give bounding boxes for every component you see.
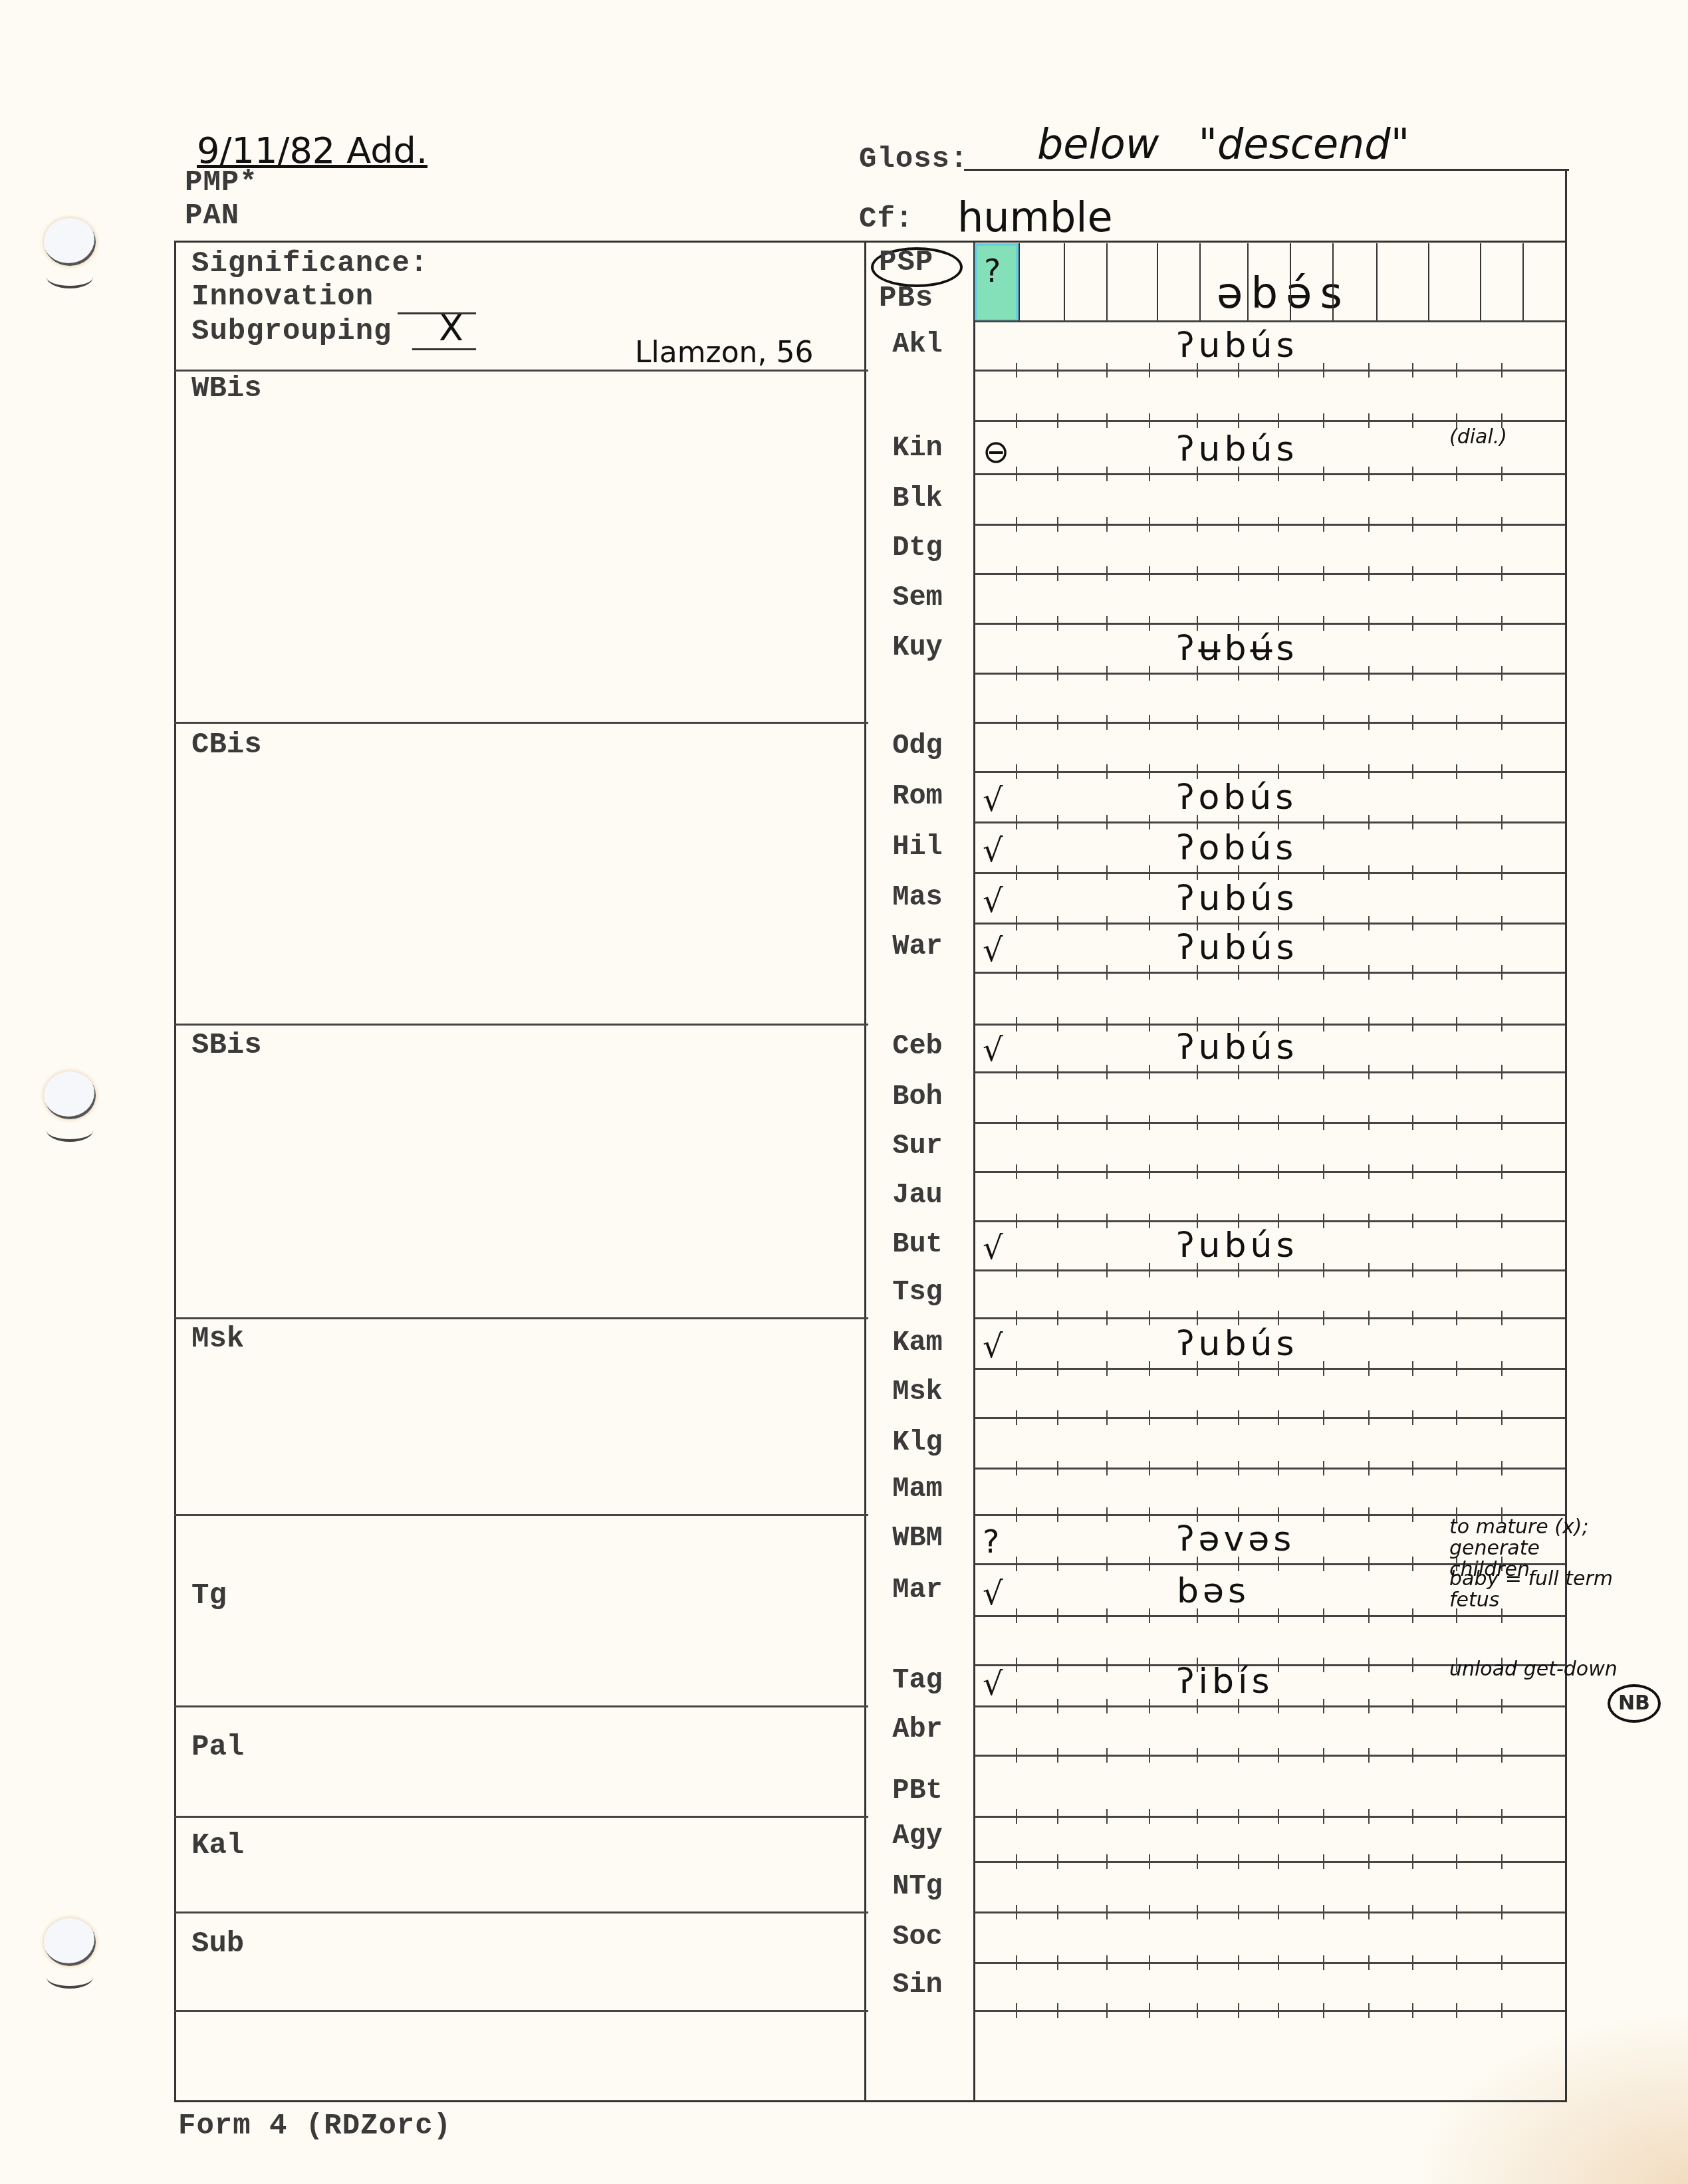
row-tick xyxy=(1016,1658,1017,1672)
row-tick xyxy=(1057,1115,1058,1130)
row-tick xyxy=(1106,1017,1108,1032)
cognate-mark: ⊖ xyxy=(983,433,1009,471)
row-tick xyxy=(1016,1311,1017,1325)
row-tick xyxy=(1412,715,1413,730)
row-tick xyxy=(1016,1854,1017,1869)
row-rule xyxy=(975,1024,1565,1026)
row-tick xyxy=(1057,815,1058,829)
divider xyxy=(174,1024,868,1026)
row-tick xyxy=(1278,764,1279,779)
row-tick xyxy=(1323,715,1324,730)
row-tick xyxy=(1106,566,1108,581)
language-note: unload get-down xyxy=(1449,1659,1622,1680)
row-tick xyxy=(1057,1461,1058,1475)
row-tick xyxy=(1456,965,1457,980)
row-tick xyxy=(1323,467,1324,481)
row-tick xyxy=(1106,1905,1108,1919)
row-tick xyxy=(1456,1699,1457,1713)
row-tick xyxy=(1106,865,1108,880)
reference-note: Llamzon, 56 xyxy=(635,336,813,370)
row-tick xyxy=(1456,1311,1457,1325)
row-tick xyxy=(1278,1905,1279,1919)
language-code: But xyxy=(864,1228,971,1260)
row-tick xyxy=(1501,1461,1503,1475)
row-tick xyxy=(1016,1748,1017,1763)
row-tick xyxy=(1016,413,1017,428)
row-rule xyxy=(975,1269,1565,1271)
row-tick xyxy=(1057,965,1058,980)
row-tick xyxy=(1323,916,1324,930)
language-form: ʔʉbʉ́s xyxy=(1177,629,1298,669)
row-tick xyxy=(1057,2003,1058,2018)
row-tick xyxy=(1149,1955,1150,1970)
row-tick xyxy=(1057,1361,1058,1376)
row-tick xyxy=(1368,1017,1370,1032)
row-tick xyxy=(1057,566,1058,581)
row-tick xyxy=(1456,1214,1457,1228)
row-tick xyxy=(1278,1658,1279,1672)
cognate-mark: √ xyxy=(983,782,1003,819)
row-tick xyxy=(1238,566,1239,581)
row-rule xyxy=(975,1962,1565,1964)
row-tick xyxy=(1501,815,1503,829)
row-tick xyxy=(1106,666,1108,681)
row-tick xyxy=(1149,616,1150,631)
row-tick xyxy=(1057,1164,1058,1179)
row-tick xyxy=(1106,1557,1108,1571)
divider xyxy=(174,1705,868,1707)
row-tick xyxy=(1501,467,1503,481)
row-tick xyxy=(1323,1311,1324,1325)
row-tick xyxy=(1149,666,1150,681)
row-tick xyxy=(1368,1658,1370,1672)
language-code: Abr xyxy=(864,1713,971,1745)
binder-hole-bottom xyxy=(44,1918,96,1966)
row-tick xyxy=(1016,1557,1017,1571)
row-tick xyxy=(1149,1164,1150,1179)
row-tick xyxy=(1501,1263,1503,1277)
cognate-mark: √ xyxy=(983,1666,1003,1703)
row-tick xyxy=(1456,363,1457,378)
row-tick xyxy=(1412,363,1413,378)
language-code: Akl xyxy=(864,328,971,360)
row-tick xyxy=(1323,764,1324,779)
row-tick xyxy=(1197,1115,1198,1130)
row-tick xyxy=(1412,413,1413,428)
row-tick xyxy=(1501,1699,1503,1713)
row-tick xyxy=(1057,616,1058,631)
language-form: ʔubús xyxy=(1177,1324,1298,1364)
language-form: ʔubús xyxy=(1177,928,1298,968)
form-right-border xyxy=(1565,241,1567,2102)
row-tick xyxy=(1412,517,1413,532)
row-tick xyxy=(1057,1311,1058,1325)
row-tick xyxy=(1501,363,1503,378)
row-tick xyxy=(1016,517,1017,532)
language-code: Sem xyxy=(864,582,971,613)
row-tick xyxy=(1412,1263,1413,1277)
row-tick xyxy=(1149,865,1150,880)
row-tick xyxy=(1323,566,1324,581)
row-tick xyxy=(1278,1955,1279,1970)
row-tick xyxy=(1106,2003,1108,2018)
row-tick xyxy=(1197,1809,1198,1824)
row-tick xyxy=(1368,1809,1370,1824)
row-rule xyxy=(975,623,1565,625)
row-tick xyxy=(1016,566,1017,581)
row-tick xyxy=(1149,1658,1150,1672)
row-tick xyxy=(1057,1507,1058,1522)
row-tick xyxy=(1106,1263,1108,1277)
language-code: Blk xyxy=(864,483,971,514)
cognate-mark: √ xyxy=(983,932,1003,969)
row-tick xyxy=(1456,566,1457,581)
row-tick xyxy=(1456,1017,1457,1032)
row-tick xyxy=(1412,566,1413,581)
row-tick xyxy=(1197,1748,1198,1763)
divider xyxy=(174,1911,868,1913)
paper-stain xyxy=(1409,2011,1688,2184)
cognate-mark: √ xyxy=(983,1575,1003,1612)
row-rule xyxy=(975,1755,1565,1757)
row-tick xyxy=(1323,1854,1324,1869)
row-tick xyxy=(1368,1955,1370,1970)
form-footer: Form 4 (RDZorc) xyxy=(178,2110,451,2143)
language-code: Soc xyxy=(864,1921,971,1953)
row-tick xyxy=(1016,1263,1017,1277)
row-tick xyxy=(1456,1361,1457,1376)
row-tick xyxy=(1106,916,1108,930)
row-tick xyxy=(1238,1461,1239,1475)
row-rule xyxy=(975,2010,1565,2012)
row-tick xyxy=(1412,1658,1413,1672)
row-tick xyxy=(1412,1361,1413,1376)
subgrouping-blank xyxy=(412,348,476,350)
row-tick xyxy=(1368,616,1370,631)
language-code: Mas xyxy=(864,881,971,913)
row-tick xyxy=(1278,1115,1279,1130)
row-tick xyxy=(1016,1065,1017,1079)
language-form: ʔubús xyxy=(1177,879,1298,919)
row-tick xyxy=(1057,467,1058,481)
proto-cell-divider xyxy=(1480,243,1481,322)
row-tick xyxy=(1412,1955,1413,1970)
row-tick xyxy=(1106,616,1108,631)
row-tick xyxy=(1368,467,1370,481)
row-tick xyxy=(1197,1410,1198,1425)
row-tick xyxy=(1456,1809,1457,1824)
row-tick xyxy=(1149,1115,1150,1130)
language-code: PBt xyxy=(864,1775,971,1806)
row-tick xyxy=(1238,1164,1239,1179)
row-rule xyxy=(975,923,1565,925)
row-tick xyxy=(1149,566,1150,581)
row-tick xyxy=(1368,1699,1370,1713)
row-tick xyxy=(1501,1115,1503,1130)
proto-cell-divider xyxy=(1428,243,1429,322)
row-tick xyxy=(1106,965,1108,980)
row-tick xyxy=(1106,715,1108,730)
row-tick xyxy=(1238,1809,1239,1824)
row-tick xyxy=(1016,1608,1017,1623)
row-tick xyxy=(1323,1955,1324,1970)
row-tick xyxy=(1057,1905,1058,1919)
form-bottom-border xyxy=(174,2100,1567,2102)
row-tick xyxy=(1323,865,1324,880)
row-tick xyxy=(1412,1748,1413,1763)
language-form: ʔubús xyxy=(1177,1226,1298,1265)
row-tick xyxy=(1016,616,1017,631)
row-tick xyxy=(1106,1410,1108,1425)
row-tick xyxy=(1412,1410,1413,1425)
row-tick xyxy=(1057,1017,1058,1032)
row-tick xyxy=(1501,865,1503,880)
proto-initial-cell: ? xyxy=(984,253,1001,290)
row-tick xyxy=(1149,1905,1150,1919)
row-tick xyxy=(1149,2003,1150,2018)
row-tick xyxy=(1057,1065,1058,1079)
row-tick xyxy=(1278,1809,1279,1824)
section-msk: Msk xyxy=(191,1323,244,1356)
row-tick xyxy=(1323,1017,1324,1032)
row-tick xyxy=(1412,467,1413,481)
row-tick xyxy=(1106,1854,1108,1869)
row-tick xyxy=(1149,1608,1150,1623)
row-tick xyxy=(1016,1361,1017,1376)
row-tick xyxy=(1238,1854,1239,1869)
row-tick xyxy=(1501,1164,1503,1179)
row-tick xyxy=(1106,1361,1108,1376)
row-tick xyxy=(1368,1748,1370,1763)
proto-cell-divider xyxy=(1522,243,1524,322)
language-code: Rom xyxy=(864,780,971,812)
row-tick xyxy=(1016,1017,1017,1032)
row-tick xyxy=(1106,1507,1108,1522)
section-pal: Pal xyxy=(191,1731,244,1764)
language-form: ʔobús xyxy=(1177,828,1297,868)
proto-cell-divider xyxy=(1064,243,1065,322)
row-tick xyxy=(1149,965,1150,980)
row-rule xyxy=(975,673,1565,675)
row-tick xyxy=(1501,916,1503,930)
language-code: Odg xyxy=(864,730,971,762)
row-tick xyxy=(1412,764,1413,779)
row-rule xyxy=(975,524,1565,526)
row-tick xyxy=(1412,815,1413,829)
row-tick xyxy=(1106,413,1108,428)
row-tick xyxy=(1106,1809,1108,1824)
row-tick xyxy=(1106,363,1108,378)
divider xyxy=(174,370,868,372)
row-tick xyxy=(1016,1461,1017,1475)
row-tick xyxy=(1238,1410,1239,1425)
row-tick xyxy=(1412,1699,1413,1713)
row-tick xyxy=(1501,566,1503,581)
language-code: WBM xyxy=(864,1522,971,1554)
row-tick xyxy=(1016,965,1017,980)
row-tick xyxy=(1106,1164,1108,1179)
row-tick xyxy=(1016,1699,1017,1713)
row-tick xyxy=(1368,1115,1370,1130)
row-tick xyxy=(1278,1410,1279,1425)
cognate-mark: ? xyxy=(983,1523,999,1561)
row-tick xyxy=(1197,2003,1198,2018)
header-right-border xyxy=(1565,169,1567,242)
row-tick xyxy=(1323,1748,1324,1763)
row-tick xyxy=(1106,1658,1108,1672)
language-code: Kin xyxy=(864,432,971,464)
row-tick xyxy=(1323,1361,1324,1376)
cognate-mark: √ xyxy=(983,1230,1003,1267)
row-tick xyxy=(1278,2003,1279,2018)
row-tick xyxy=(1456,1115,1457,1130)
row-tick xyxy=(1016,1905,1017,1919)
row-tick xyxy=(1368,1507,1370,1522)
cognate-mark: √ xyxy=(983,832,1003,869)
language-code: Boh xyxy=(864,1081,971,1113)
form-left-border xyxy=(174,241,176,2102)
row-tick xyxy=(1057,363,1058,378)
row-tick xyxy=(1368,1905,1370,1919)
row-tick xyxy=(1323,1410,1324,1425)
row-tick xyxy=(1501,1809,1503,1824)
row-tick xyxy=(1456,916,1457,930)
row-tick xyxy=(1238,517,1239,532)
row-rule xyxy=(975,722,1565,724)
row-tick xyxy=(1016,2003,1017,2018)
row-tick xyxy=(1323,1461,1324,1475)
row-tick xyxy=(1456,1955,1457,1970)
cognate-mark: √ xyxy=(983,1032,1003,1069)
language-form: ʔobús xyxy=(1177,778,1297,818)
row-rule xyxy=(975,1468,1565,1470)
row-tick xyxy=(1149,1017,1150,1032)
row-rule xyxy=(975,1317,1565,1319)
row-tick xyxy=(1323,815,1324,829)
row-tick xyxy=(1412,1557,1413,1571)
row-rule xyxy=(975,1220,1565,1222)
divider xyxy=(174,1816,868,1818)
row-tick xyxy=(1412,1017,1413,1032)
subgrouping-mark: X xyxy=(439,307,463,349)
row-tick xyxy=(1238,413,1239,428)
section-sbis: SBis xyxy=(191,1029,262,1062)
language-note: baby = full term fetus xyxy=(1449,1569,1622,1611)
row-tick xyxy=(1501,1361,1503,1376)
gloss-label: Gloss: xyxy=(859,143,968,176)
section-tg: Tg xyxy=(191,1579,227,1612)
language-code: Sur xyxy=(864,1130,971,1162)
row-tick xyxy=(1106,1214,1108,1228)
row-rule xyxy=(975,573,1565,575)
row-tick xyxy=(1149,1410,1150,1425)
row-tick xyxy=(1057,1699,1058,1713)
proto-cell-divider xyxy=(1290,243,1291,322)
row-rule xyxy=(975,473,1565,475)
row-rule xyxy=(975,420,1565,422)
row-tick xyxy=(1501,1748,1503,1763)
row-tick xyxy=(1106,1699,1108,1713)
innovation-blank xyxy=(398,312,476,314)
row-tick xyxy=(1149,363,1150,378)
row-tick xyxy=(1106,1115,1108,1130)
row-tick xyxy=(1412,1065,1413,1079)
row-tick xyxy=(1016,467,1017,481)
row-tick xyxy=(1278,566,1279,581)
row-tick xyxy=(1149,916,1150,930)
proto-label-pan: PAN xyxy=(185,199,239,233)
row-tick xyxy=(1501,1854,1503,1869)
language-code: Dtg xyxy=(864,532,971,564)
row-tick xyxy=(1057,1214,1058,1228)
language-form: ʔəvəs xyxy=(1177,1519,1295,1559)
row-tick xyxy=(1456,1410,1457,1425)
row-tick xyxy=(1501,666,1503,681)
row-tick xyxy=(1368,764,1370,779)
row-tick xyxy=(1106,1461,1108,1475)
row-tick xyxy=(1149,467,1150,481)
row-tick xyxy=(1412,916,1413,930)
row-rule xyxy=(975,972,1565,974)
row-tick xyxy=(1149,1214,1150,1228)
proto-label-psp: PSP xyxy=(879,246,933,279)
row-tick xyxy=(1238,1748,1239,1763)
divider xyxy=(174,2010,868,2012)
row-tick xyxy=(1368,1854,1370,1869)
language-code: Kuy xyxy=(864,631,971,663)
row-tick xyxy=(1323,1608,1324,1623)
row-tick xyxy=(1057,1748,1058,1763)
language-form: ʔubús xyxy=(1177,1028,1298,1067)
row-tick xyxy=(1016,666,1017,681)
proto-cell-divider xyxy=(1199,243,1201,322)
row-tick xyxy=(1197,1461,1198,1475)
row-tick xyxy=(1412,865,1413,880)
row-tick xyxy=(1016,815,1017,829)
row-tick xyxy=(1057,1557,1058,1571)
row-tick xyxy=(1149,1461,1150,1475)
language-note: (dial.) xyxy=(1449,427,1622,448)
row-tick xyxy=(1323,363,1324,378)
language-form: bəs xyxy=(1177,1571,1250,1611)
row-tick xyxy=(1106,1955,1108,1970)
proto-cell-divider xyxy=(1157,243,1158,322)
row-tick xyxy=(1412,1115,1413,1130)
row-rule xyxy=(975,771,1565,773)
row-rule xyxy=(975,1417,1565,1419)
row-tick xyxy=(1456,1905,1457,1919)
proto-form: əbə́s xyxy=(1217,269,1350,318)
row-tick xyxy=(1238,715,1239,730)
row-tick xyxy=(1016,1809,1017,1824)
row-tick xyxy=(1368,965,1370,980)
row-rule xyxy=(975,1071,1565,1073)
row-tick xyxy=(1412,2003,1413,2018)
row-tick xyxy=(1149,1263,1150,1277)
row-tick xyxy=(1149,1507,1150,1522)
row-tick xyxy=(1501,1065,1503,1079)
row-tick xyxy=(1323,1699,1324,1713)
language-code: Agy xyxy=(864,1820,971,1852)
row-tick xyxy=(1456,1164,1457,1179)
row-tick xyxy=(1323,1214,1324,1228)
row-tick xyxy=(1368,566,1370,581)
row-tick xyxy=(1501,1905,1503,1919)
language-code: Msk xyxy=(864,1376,971,1408)
row-tick xyxy=(1323,1809,1324,1824)
cognate-mark: √ xyxy=(983,1328,1003,1365)
row-tick xyxy=(1412,965,1413,980)
